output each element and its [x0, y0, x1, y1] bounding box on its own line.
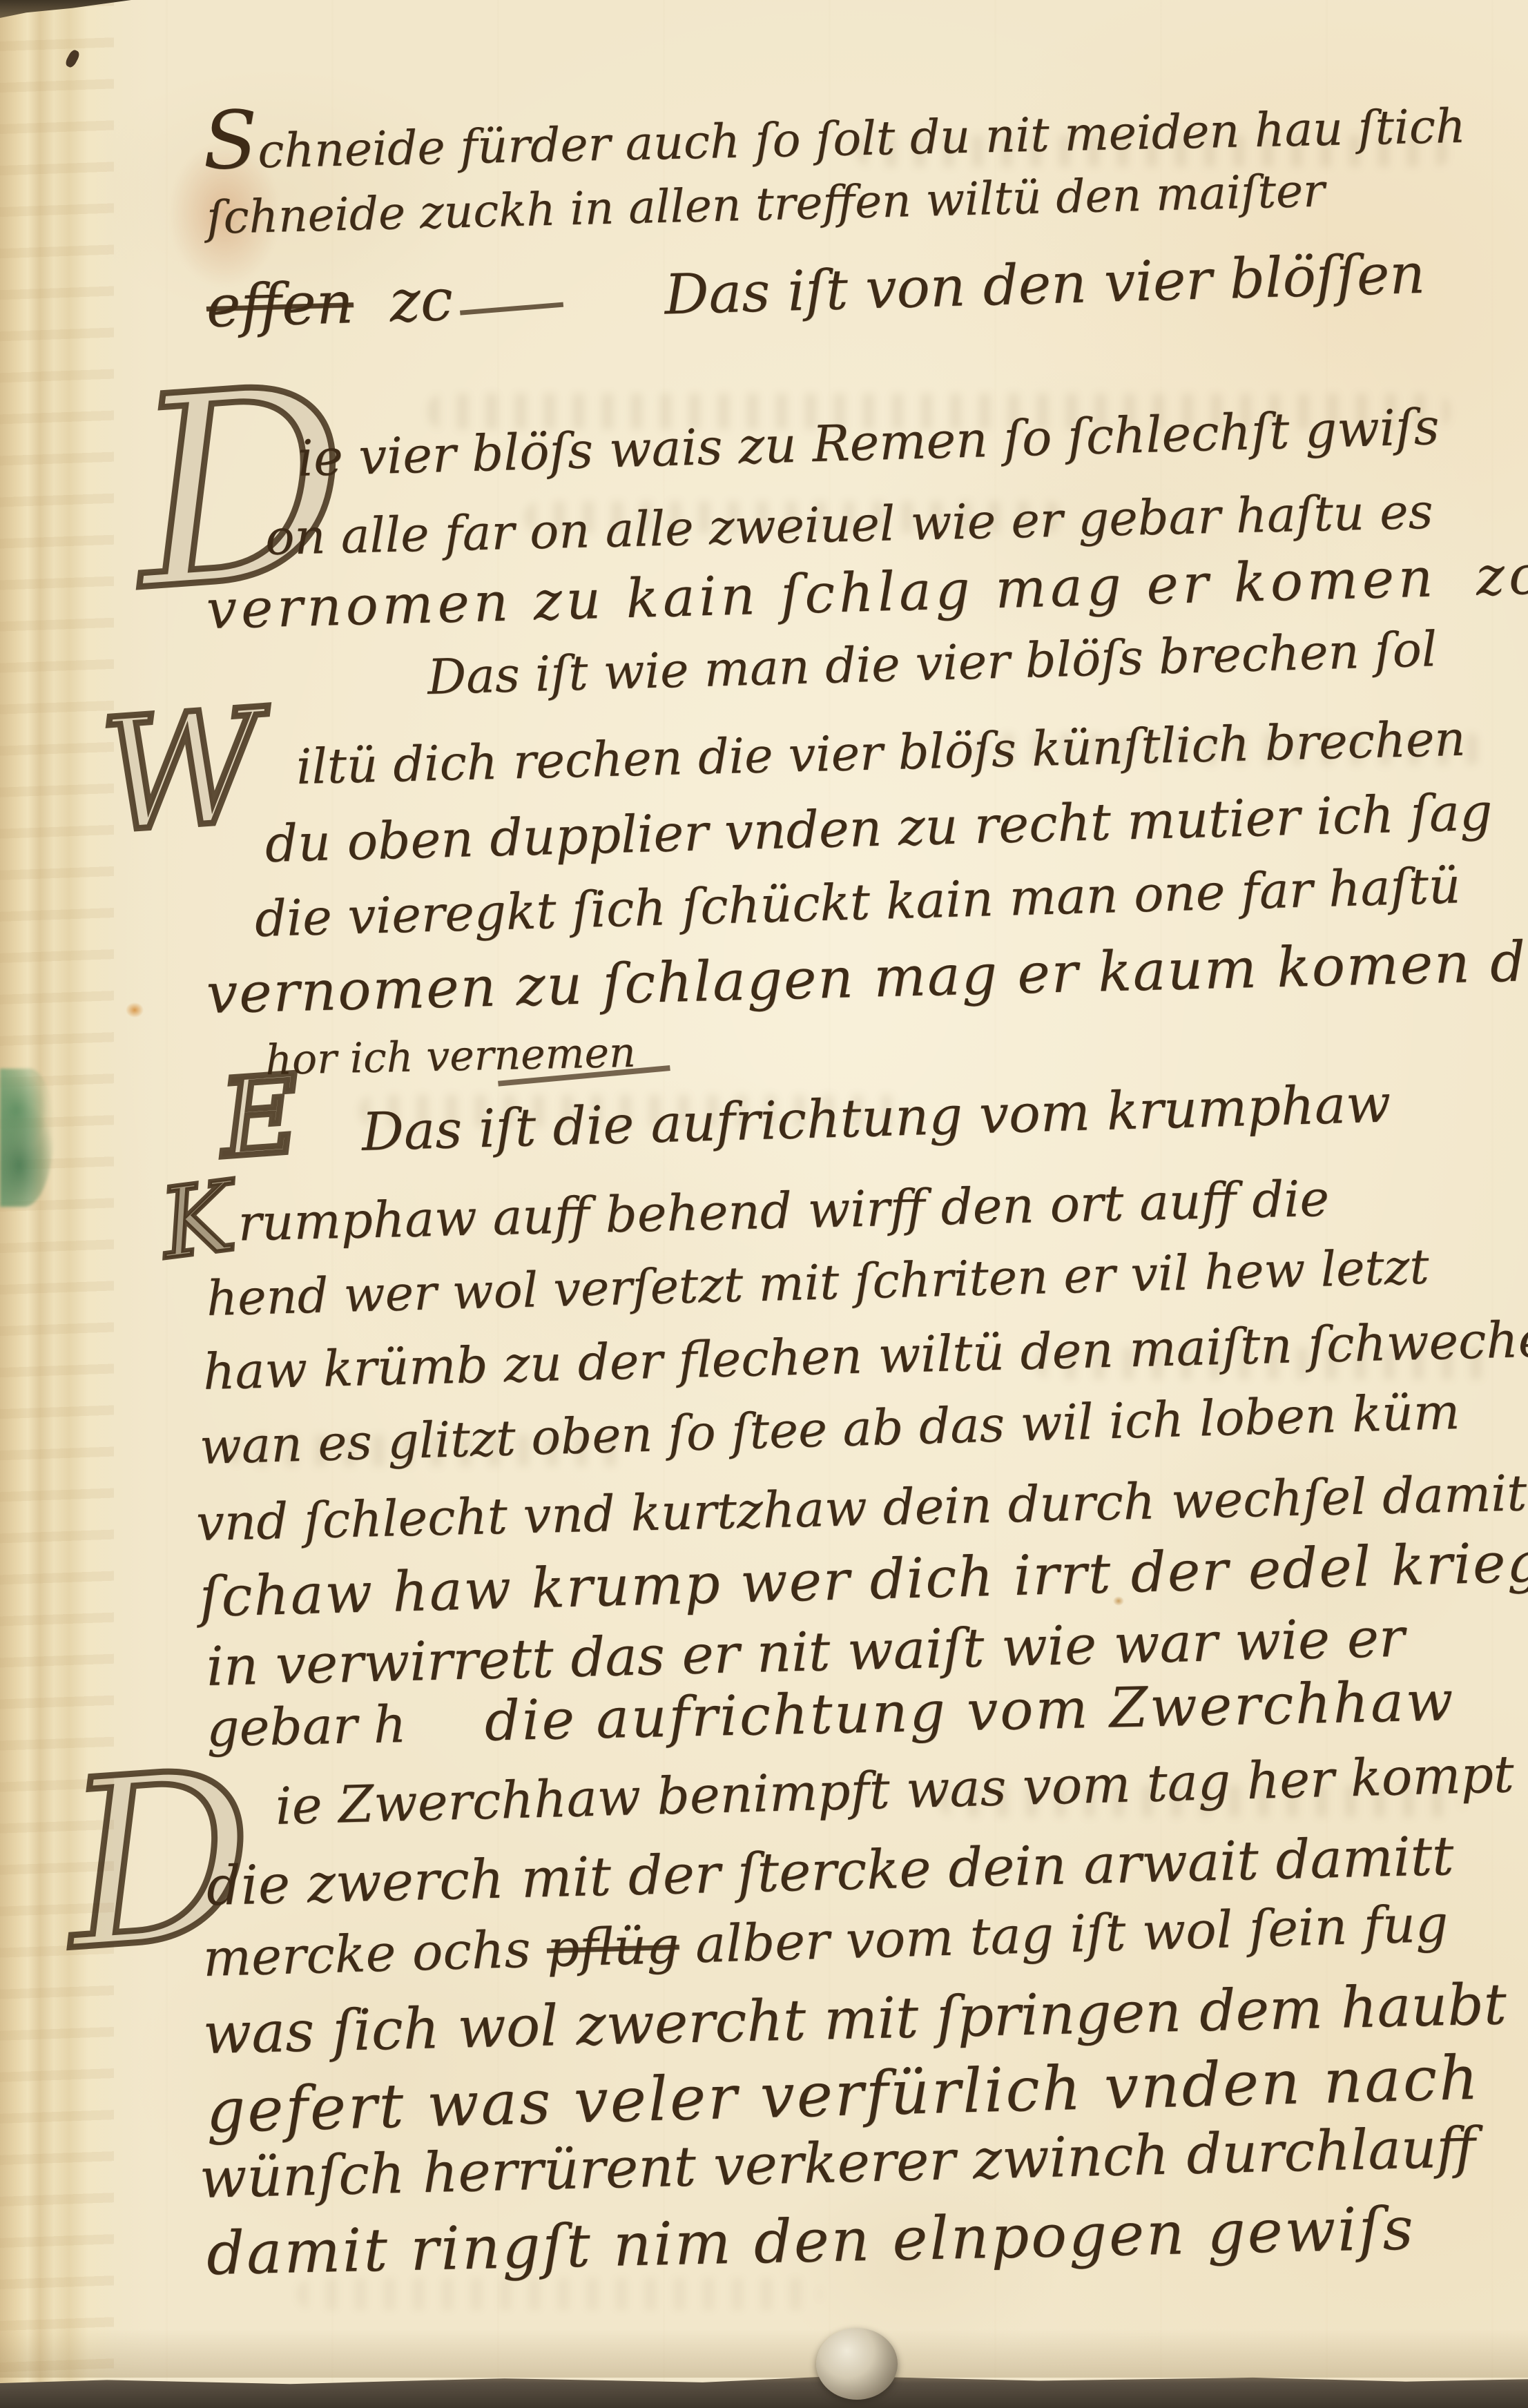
- line-15: hend wer wol verſetzt mit ſchriten er vi…: [206, 1243, 1429, 1323]
- etc-mark: zc: [1476, 541, 1528, 608]
- bottom-book-edge: [0, 2368, 1528, 2408]
- etc-mark: zc: [389, 263, 564, 336]
- line-24-post: alber vom tag iſt wol ſein fug: [678, 1894, 1449, 1975]
- line-08: iltü dich rechen die vier blöſs künſtlic…: [296, 715, 1466, 791]
- line-04: ie vier blöſs wais zu Remen ſo ſchlechſt…: [297, 402, 1440, 483]
- line-02: ſchneide zuckh in allen treffen wiltü de…: [206, 168, 1325, 241]
- initial-cap-D: D: [130, 377, 354, 601]
- line-24-pre: mercke ochs: [202, 1919, 548, 1988]
- line-03: effen zc Das iſt von den vier blöſſen: [206, 244, 1426, 336]
- heading-four-openings: Das iſt von den vier blöſſen: [664, 242, 1426, 327]
- line-22: ie Zwerchhaw benimpft was vom tag her ko…: [275, 1749, 1514, 1832]
- struck-word: pflüg: [546, 1916, 680, 1979]
- ink-speck: [64, 48, 81, 69]
- manuscript-page: Schneide fürder auch ſo ſolt du nit meid…: [0, 0, 1528, 2408]
- line-05: on alle far on alle zweiuel wie er gebar…: [264, 487, 1433, 562]
- bottom-page-shadow: [0, 2329, 1528, 2378]
- line-17: wan es glitzt oben ſo ſtee ab das wil ic…: [199, 1387, 1460, 1471]
- line-11: vernomen zu ſchlagen mag er kaum komen d…: [206, 933, 1528, 1022]
- initial-cap-K: K: [158, 1188, 237, 1255]
- heading-break-four-openings: Das iſt wie man die vier blöſs brechen ſ…: [427, 625, 1438, 701]
- green-stain: [0, 1069, 54, 1207]
- initial-cap-W: W: [98, 704, 266, 839]
- paragraph-flourish: E: [218, 1071, 302, 1163]
- rust-speck: [126, 1002, 144, 1018]
- line-28: damit ringſt nim den elnpogen gewiſs: [206, 2199, 1415, 2284]
- top-page-edge: [0, 0, 131, 18]
- line-12: hor ich vernemen: [265, 1031, 670, 1081]
- line-09: du oben dupplier vnden zu recht mutier i…: [264, 786, 1493, 870]
- droplet-bubble: [816, 2328, 898, 2400]
- line-14-text: rumphaw auff behend wirff den ort auff d…: [238, 1169, 1330, 1252]
- line-10: die vieregkt ſich ſchückt kain man one f…: [254, 860, 1461, 944]
- line-16: haw krümb zu der flechen wiltü den maiſt…: [202, 1313, 1528, 1397]
- line-14: Krumphaw auff behend wirff den ort auff …: [161, 1167, 1330, 1251]
- heading-krumphaw: Das iſt die aufrichtung vom krumphaw: [361, 1077, 1391, 1158]
